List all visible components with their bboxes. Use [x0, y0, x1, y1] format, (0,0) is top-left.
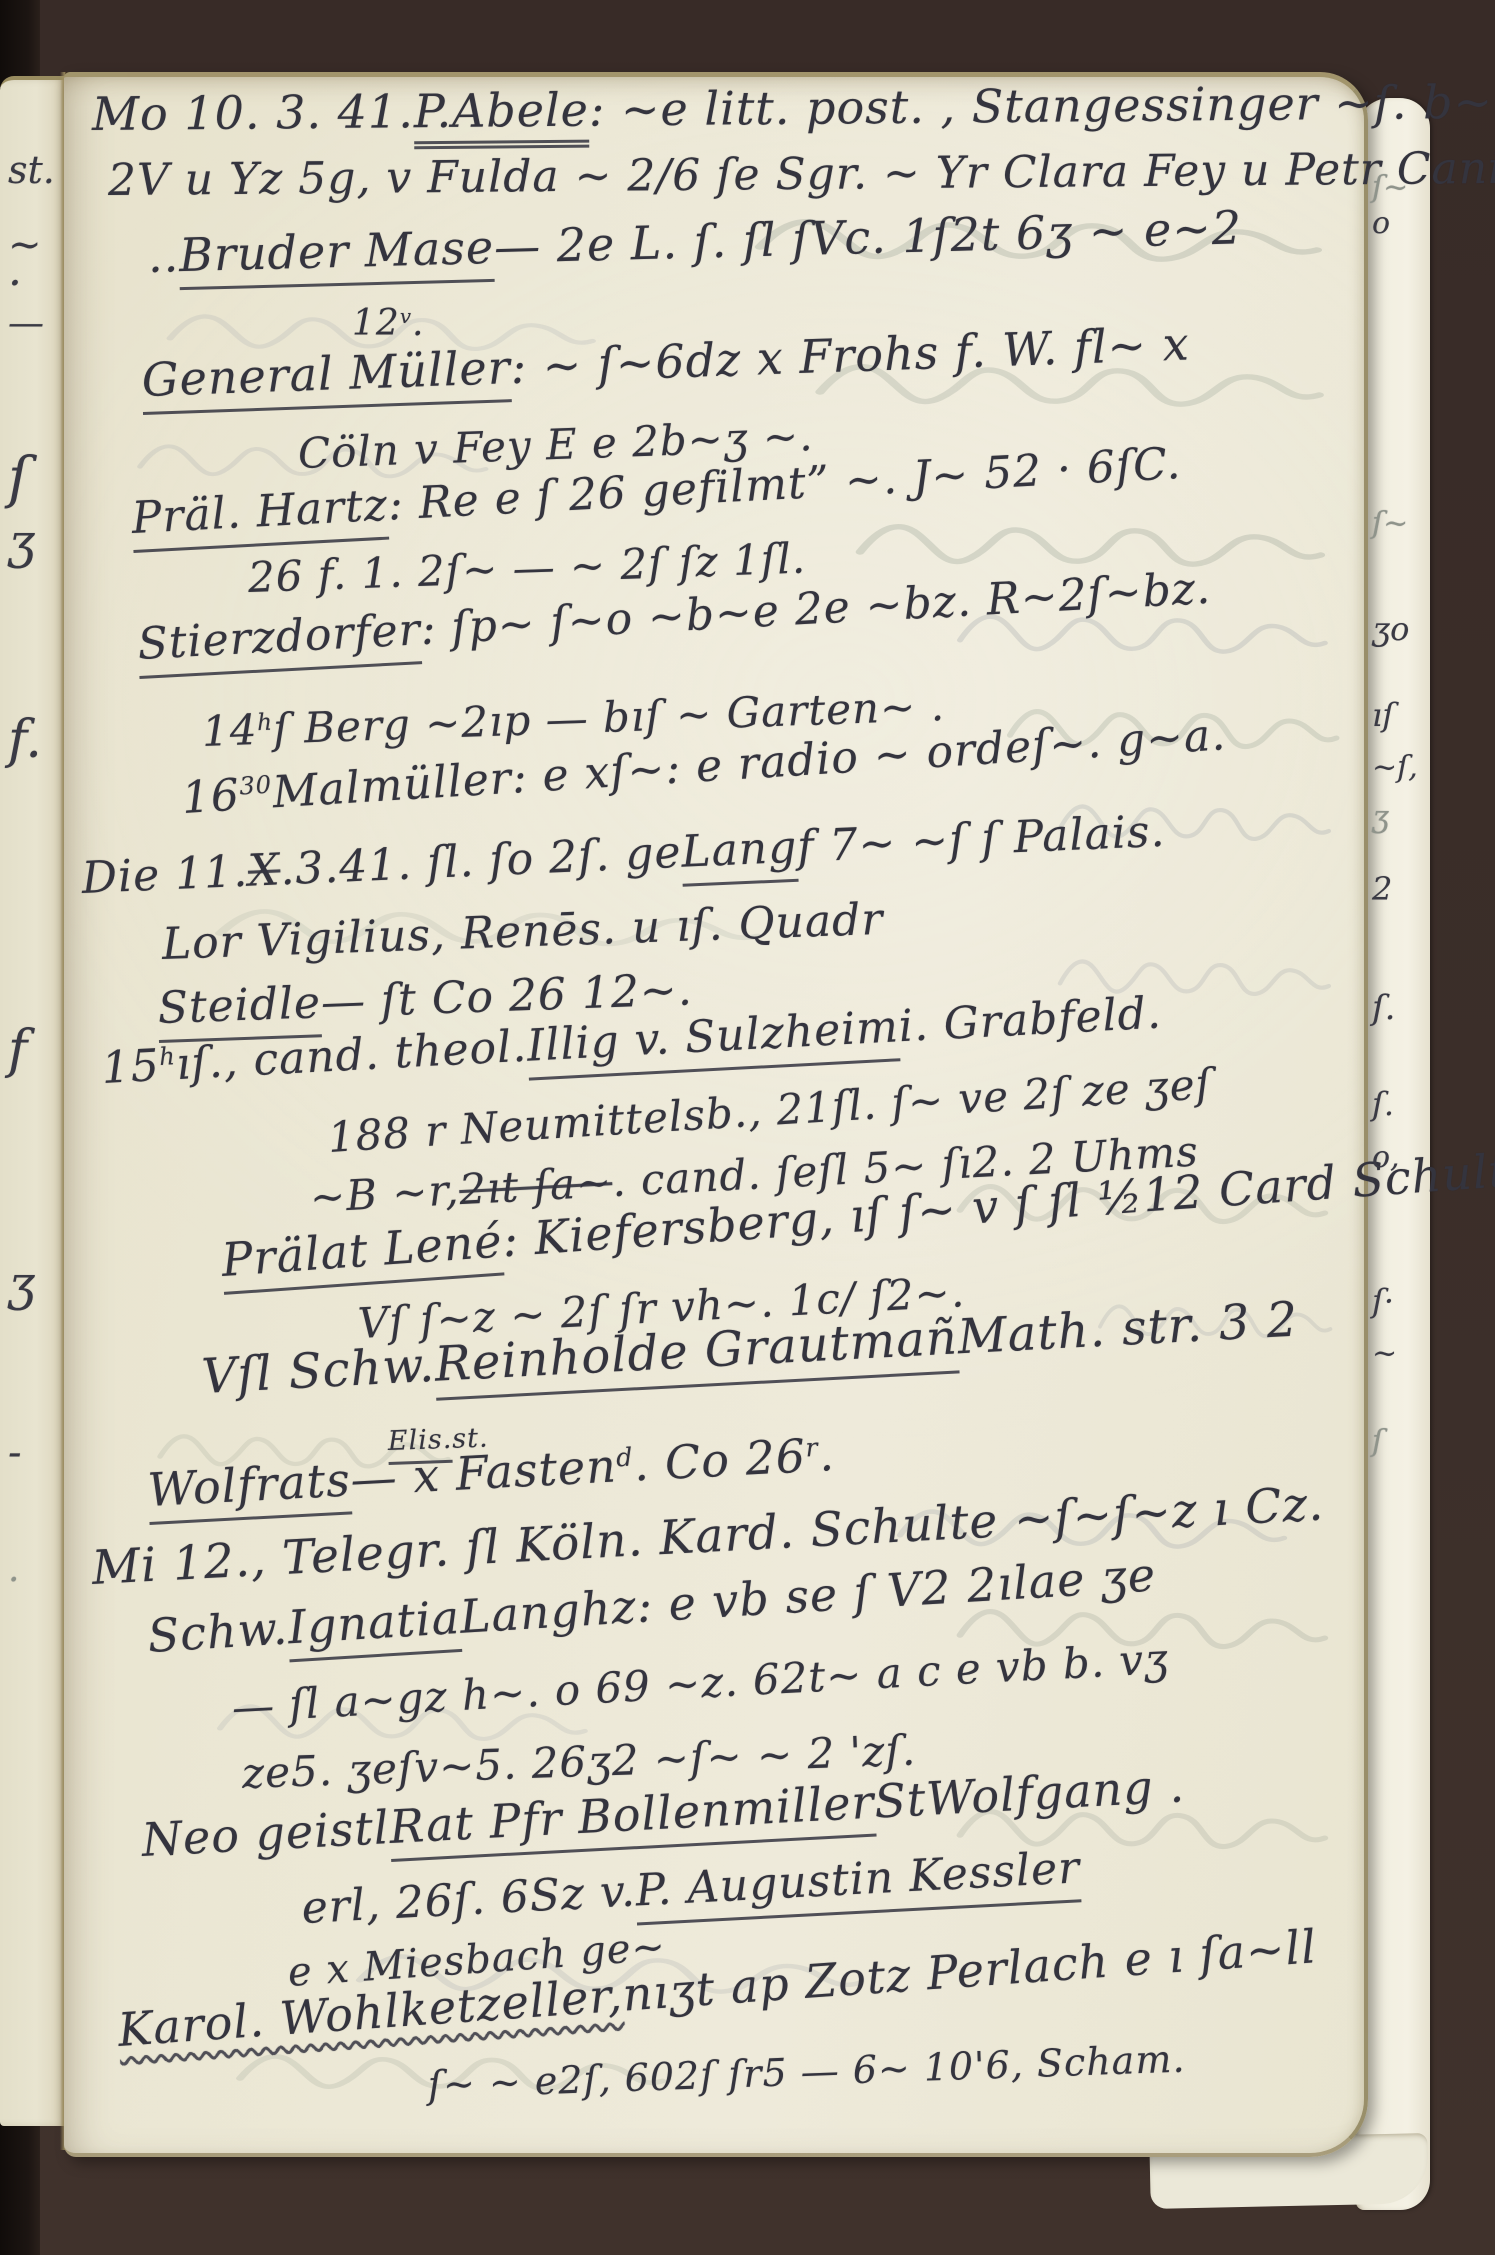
ghost-bleedthrough-layer: [64, 77, 1364, 2153]
scanned-notebook-photo: Mo 10. 3. 41. P.Abele: ~e litt. post. , …: [0, 0, 1495, 2255]
facing-page-edge: [0, 76, 66, 2126]
diary-page: [64, 72, 1368, 2157]
